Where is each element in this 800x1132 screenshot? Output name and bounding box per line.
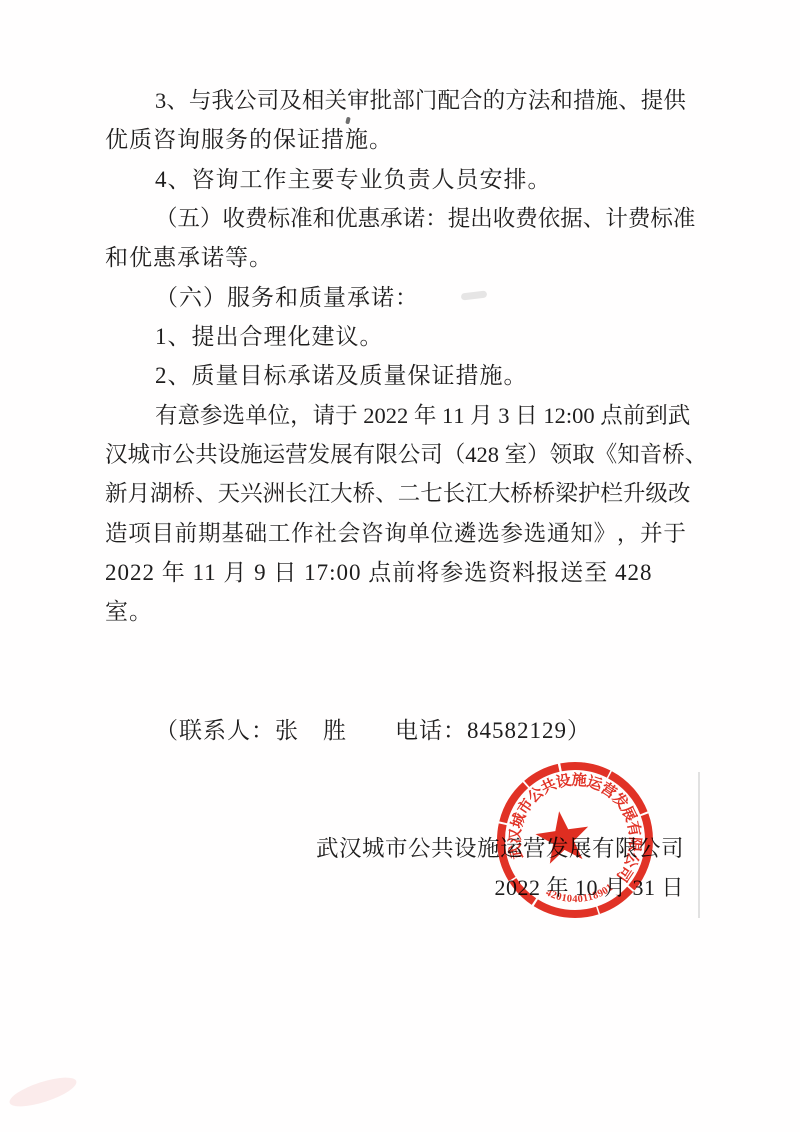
seal-star-icon: [533, 808, 593, 866]
body-line-10: 汉城市公共设施运营发展有限公司（428 室）领取《知音桥、: [105, 435, 686, 474]
body-line-8: 2、质量目标承诺及质量保证措施。: [105, 356, 686, 395]
scan-line-artifact: [698, 772, 700, 918]
body-line-13: 2022 年 11 月 9 日 17:00 点前将参选资料报送至 428 室。: [105, 553, 686, 632]
body-line-12: 造项目前期基础工作社会咨询单位遴选参选通知》，并于: [105, 514, 686, 553]
official-seal: 武汉城市公共设施运营发展有限公司 4201040118901: [475, 740, 675, 940]
blank-line: [105, 671, 686, 710]
body-line-7: 1、提出合理化建议。: [105, 317, 686, 356]
body-line-11: 新月湖桥、天兴洲长江大桥、二七长江大桥桥梁护栏升级改: [105, 474, 686, 513]
body-line-4: （五）收费标准和优惠承诺：提出收费依据、计费标准: [105, 199, 686, 238]
body-line-1: 3、与我公司及相关审批部门配合的方法和措施、提供: [105, 81, 686, 120]
body-line-5: 和优惠承诺等。: [105, 238, 686, 277]
body-line-9: 有意参选单位，请于 2022 年 11 月 3 日 12:00 点前到武: [105, 396, 686, 435]
body-line-3: 4、咨询工作主要专业负责人员安排。: [105, 160, 686, 199]
body-line-2: 优质咨询服务的保证措施。: [105, 120, 686, 159]
scanned-document-page: 3、与我公司及相关审批部门配合的方法和措施、提供 优质咨询服务的保证措施。 4、…: [0, 0, 800, 1132]
body-line-6: （六）服务和质量承诺：: [105, 278, 686, 317]
blank-line: [105, 632, 686, 671]
ink-smudge: [7, 1072, 80, 1113]
